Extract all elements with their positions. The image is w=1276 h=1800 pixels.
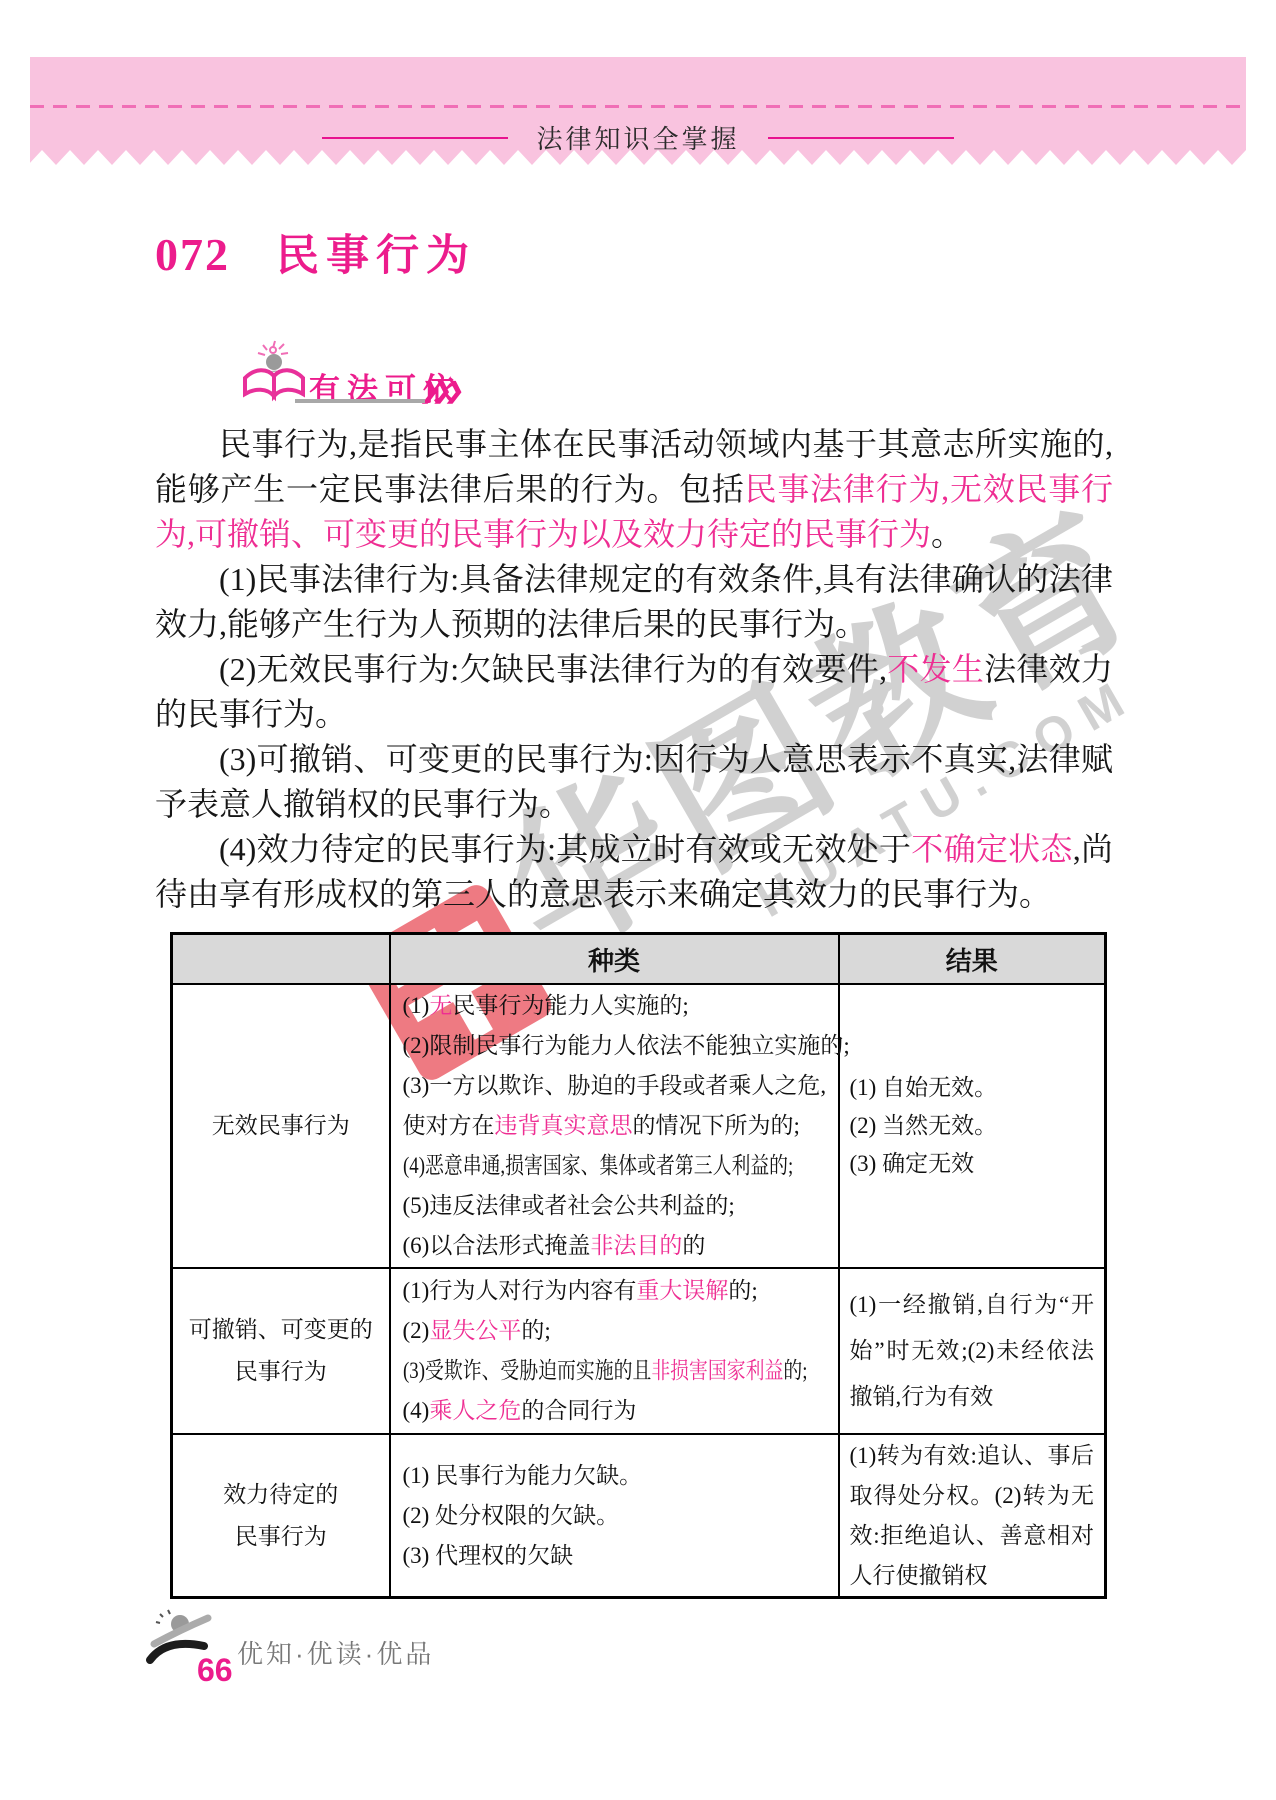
info-table: 种类 结果 无效民事行为(1)无民事行为能力人实施的;(2)限制民事行为能力人依… — [170, 932, 1107, 1599]
highlighted-text: 非法目的 — [590, 1233, 682, 1258]
text-segment: (1)一经撤销,自行为“开始”时无效;(2)未经依法撤销,行为有效 — [850, 1292, 1095, 1409]
text-segment: (2)限制民事行为能力人依法不能独立实施的; — [403, 1033, 850, 1058]
text-segment: (2) — [403, 1318, 430, 1343]
table-line: (3) 代理权的欠缺 — [403, 1536, 826, 1576]
header-cell-blank — [172, 934, 390, 985]
text-segment: (1)民事法律行为:具备法律规定的有效条件,具有法律确认的法律效力,能够产生行为… — [155, 561, 1113, 642]
body-paragraphs: 民事行为,是指民事主体在民事活动领域内基于其意志所实施的,能够产生一定民事法律后… — [155, 422, 1113, 917]
badge-underline — [295, 399, 425, 403]
row-label-cell: 可撤销、可变更的民事行为 — [172, 1268, 390, 1434]
row-label-line: 可撤销、可变更的 — [174, 1309, 388, 1351]
paragraph: 民事行为,是指民事主体在民事活动领域内基于其意志所实施的,能够产生一定民事法律后… — [155, 422, 1113, 557]
text-segment: (4)效力待定的民事行为:其成立时有效或无效处于 — [219, 831, 911, 867]
table-row: 效力待定的民事行为(1) 民事行为能力欠缺。(2) 处分权限的欠缺。(3) 代理… — [172, 1434, 1106, 1598]
header-rule-right — [768, 137, 954, 139]
section-title: 民事行为 — [276, 222, 476, 283]
row-label-line: 无效民事行为 — [174, 1105, 388, 1147]
text-segment: (1) 自始无效。 — [850, 1075, 998, 1100]
text-segment: (3)一方以欺诈、胁迫的手段或者乘人之危, — [403, 1073, 827, 1098]
paragraph: (4)效力待定的民事行为:其成立时有效或无效处于不确定状态,尚待由享有形成权的第… — [155, 827, 1113, 917]
text-segment: 的 — [682, 1233, 705, 1258]
kind-cell: (1) 民事行为能力欠缺。(2) 处分权限的欠缺。(3) 代理权的欠缺 — [390, 1434, 839, 1598]
table-line: (1)无民事行为能力人实施的; — [403, 986, 826, 1026]
text-segment: 民事行为能力人实施的; — [452, 993, 688, 1018]
table-line: (1) 民事行为能力欠缺。 — [403, 1456, 826, 1496]
text-segment: 。 — [931, 516, 963, 552]
highlighted-text: 乘人之危 — [429, 1398, 521, 1423]
table-line: (3)一方以欺诈、胁迫的手段或者乘人之危, — [403, 1066, 826, 1106]
table-line: (2) 当然无效。 — [850, 1107, 1095, 1145]
table-line: (6)以合法形式掩盖非法目的的 — [403, 1226, 826, 1266]
header-title-row: 法律知识全掌握 — [30, 119, 1246, 156]
text-segment: 的; — [783, 1358, 807, 1383]
row-label-cell: 无效民事行为 — [172, 984, 390, 1268]
header-band: 法律知识全掌握 — [30, 57, 1246, 165]
text-segment: (3)可撤销、可变更的民事行为:因行为人意思表示不真实,法律赋予表意人撤销权的民… — [155, 741, 1113, 822]
section-heading: 072 民事行为 — [155, 222, 476, 283]
paragraph: (1)民事法律行为:具备法律规定的有效条件,具有法律确认的法律效力,能够产生行为… — [155, 557, 1113, 647]
table-line: (4)恶意串通,损害国家、集体或者第三人利益的; — [403, 1146, 750, 1186]
table-line: (2)限制民事行为能力人依法不能独立实施的; — [403, 1026, 826, 1066]
table-line: (1)行为人对行为内容有重大误解的; — [403, 1271, 826, 1311]
row-label-line: 民事行为 — [174, 1516, 388, 1558]
highlighted-text: 非损害国家利益 — [651, 1358, 783, 1383]
text-segment: (6)以合法形式掩盖 — [403, 1233, 591, 1258]
page-number: 66 — [197, 1652, 233, 1689]
highlighted-text: 显失公平 — [429, 1318, 521, 1343]
kind-cell: (1)行为人对行为内容有重大误解的;(2)显失公平的;(3)受欺诈、受胁迫而实施… — [390, 1268, 839, 1434]
badge-chevrons-icon: ❯❯❯ — [419, 378, 460, 404]
text-segment: (3)受欺诈、受胁迫而实施的且 — [403, 1358, 651, 1383]
text-segment: (1)转为有效:追认、事后取得处分权。(2)转为无效:拒绝追认、善意相对人行使撤… — [850, 1443, 1095, 1588]
table-flow-text: (1)转为有效:追认、事后取得处分权。(2)转为无效:拒绝追认、善意相对人行使撤… — [850, 1436, 1095, 1596]
paragraph: (2)无效民事行为:欠缺民事法律行为的有效要件,不发生法律效力的民事行为。 — [155, 647, 1113, 737]
text-segment: 的合同行为 — [521, 1398, 636, 1423]
text-segment: (2) 当然无效。 — [850, 1113, 998, 1138]
table-row: 无效民事行为(1)无民事行为能力人实施的;(2)限制民事行为能力人依法不能独立实… — [172, 984, 1106, 1268]
text-segment: (1) — [403, 993, 430, 1018]
table-line: (5)违反法律或者社会公共利益的; — [403, 1186, 826, 1226]
kind-cell: (1)无民事行为能力人实施的;(2)限制民事行为能力人依法不能独立实施的;(3)… — [390, 984, 839, 1268]
highlighted-text: 不发生 — [887, 651, 984, 687]
header-cell-result: 结果 — [839, 934, 1106, 985]
result-cell: (1) 自始无效。(2) 当然无效。(3) 确定无效 — [839, 984, 1106, 1268]
highlighted-text: 重大误解 — [636, 1278, 728, 1303]
text-segment: 的情况下所为的; — [633, 1113, 800, 1138]
header-cell-kind: 种类 — [390, 934, 839, 985]
info-table-body: 无效民事行为(1)无民事行为能力人实施的;(2)限制民事行为能力人依法不能独立实… — [172, 984, 1106, 1598]
table-line: (3) 确定无效 — [850, 1145, 1095, 1183]
table-line: (2) 处分权限的欠缺。 — [403, 1496, 826, 1536]
text-segment: 使对方在 — [403, 1113, 495, 1138]
section-number: 072 — [155, 228, 230, 281]
text-segment: (4) — [403, 1398, 430, 1423]
text-segment: 的; — [728, 1278, 757, 1303]
table-line: (1) 自始无效。 — [850, 1069, 1095, 1107]
row-label-line: 效力待定的 — [174, 1474, 388, 1516]
book-title: 法律知识全掌握 — [536, 119, 739, 156]
result-cell: (1)转为有效:追认、事后取得处分权。(2)转为无效:拒绝追认、善意相对人行使撤… — [839, 1434, 1106, 1598]
text-segment: (5)违反法律或者社会公共利益的; — [403, 1193, 735, 1218]
table-line: 使对方在违背真实意思的情况下所为的; — [403, 1106, 826, 1146]
text-segment: (3) 代理权的欠缺 — [403, 1543, 574, 1568]
table-line: (4)乘人之危的合同行为 — [403, 1391, 826, 1431]
book-page: 法律知识全掌握 072 民事行为 有法可依 ❯❯❯ 民事行为,是指民事主体在民事… — [0, 0, 1276, 1800]
highlighted-text: 不确定状态 — [911, 831, 1072, 867]
text-segment: (1) 民事行为能力欠缺。 — [403, 1463, 643, 1488]
header-rule-left — [322, 137, 508, 139]
highlighted-text: 无 — [429, 993, 452, 1018]
paragraph: (3)可撤销、可变更的民事行为:因行为人意思表示不真实,法律赋予表意人撤销权的民… — [155, 737, 1113, 827]
text-segment: 的; — [521, 1318, 550, 1343]
header-dashed-line — [30, 105, 1246, 108]
open-book-reader-icon — [243, 340, 307, 407]
result-cell: (1)一经撤销,自行为“开始”时无效;(2)未经依法撤销,行为有效 — [839, 1268, 1106, 1434]
table-header-row: 种类 结果 — [172, 934, 1106, 985]
text-segment: (4)恶意串通,损害国家、集体或者第三人利益的; — [403, 1153, 793, 1178]
text-segment: (2)无效民事行为:欠缺民事法律行为的有效要件, — [219, 651, 887, 687]
text-segment: (3) 确定无效 — [850, 1151, 975, 1176]
footer-slogan: 优知·优读·优品 — [237, 1634, 434, 1671]
row-label-line: 民事行为 — [174, 1351, 388, 1393]
table-line: (3)受欺诈、受胁迫而实施的且非损害国家利益的; — [403, 1351, 750, 1391]
table-row: 可撤销、可变更的民事行为(1)行为人对行为内容有重大误解的;(2)显失公平的;(… — [172, 1268, 1106, 1434]
text-segment: (2) 处分权限的欠缺。 — [403, 1503, 620, 1528]
text-segment: (1)行为人对行为内容有 — [403, 1278, 637, 1303]
table-flow-text: (1)一经撤销,自行为“开始”时无效;(2)未经依法撤销,行为有效 — [850, 1282, 1095, 1420]
row-label-cell: 效力待定的民事行为 — [172, 1434, 390, 1598]
table-line: (2)显失公平的; — [403, 1311, 826, 1351]
highlighted-text: 违背真实意思 — [495, 1113, 633, 1138]
